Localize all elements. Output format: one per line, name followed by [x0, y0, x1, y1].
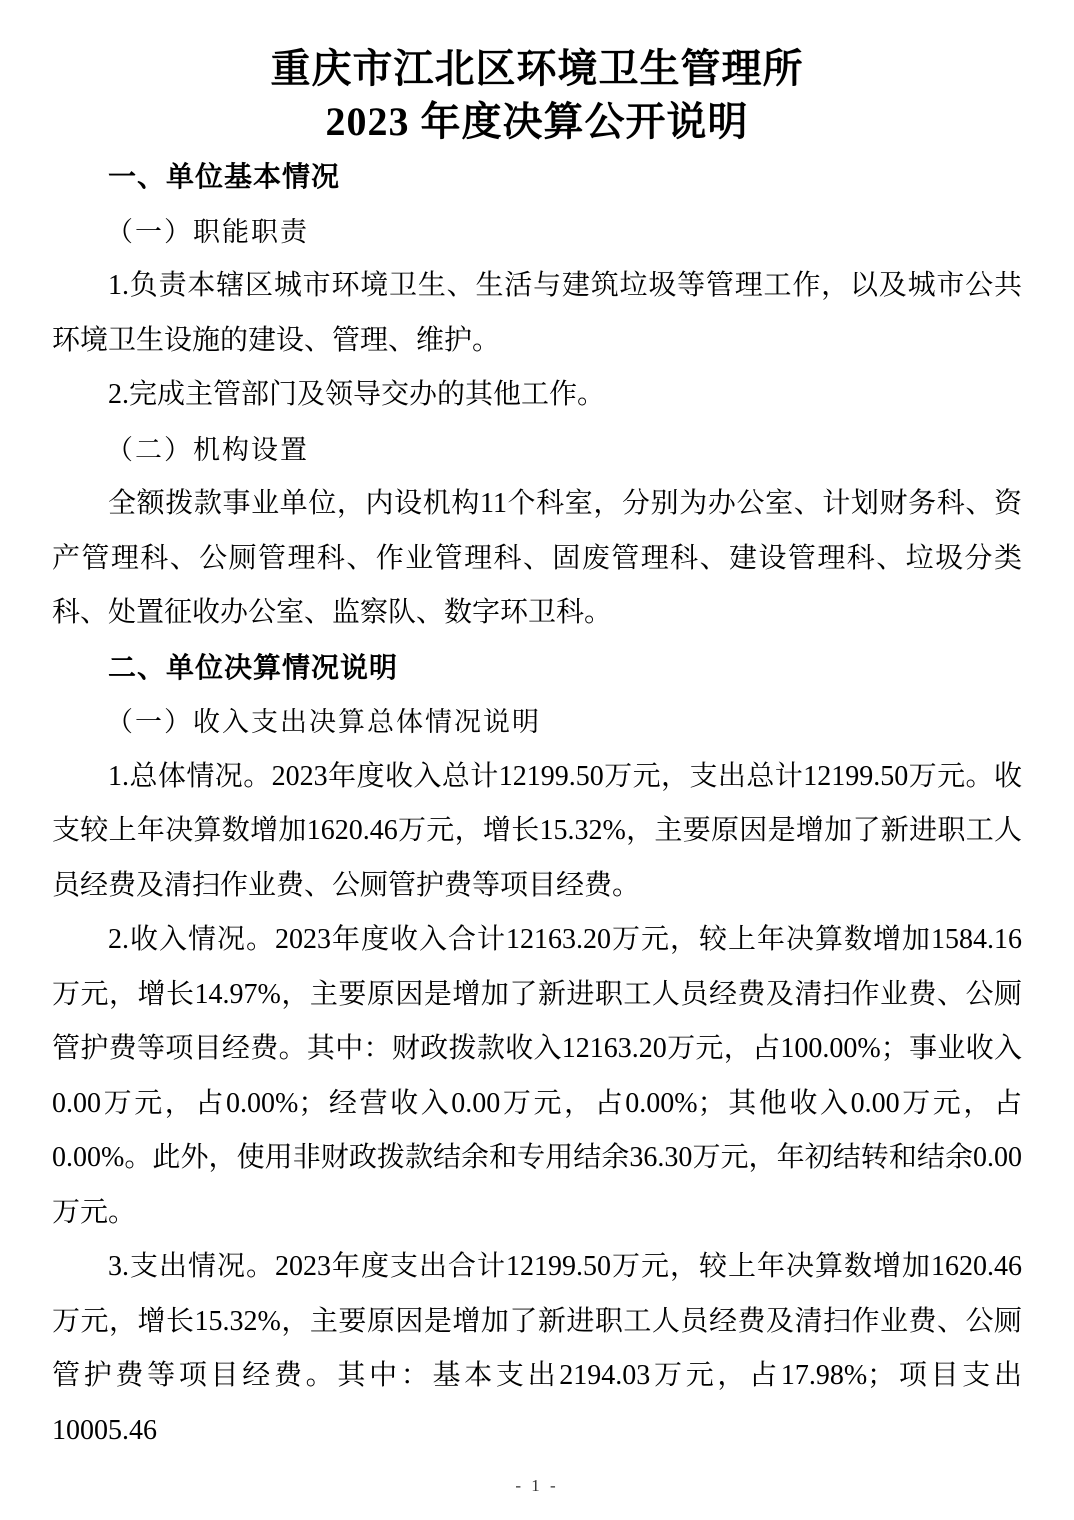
paragraph-overall-situation: 1.总体情况。2023年度收入总计12199.50万元，支出总计12199.50… [52, 750, 1022, 914]
subsection-heading-overall-revenue-expenditure: （一）收入支出决算总体情况说明 [52, 695, 1022, 750]
document-body: 一、单位基本情况 （一）职能职责 1.负责本辖区城市环境卫生、生活与建筑垃圾等管… [52, 150, 1022, 1458]
document-title-line2: 2023 年度决算公开说明 [52, 95, 1022, 148]
section-heading-final-accounts: 二、单位决算情况说明 [52, 641, 1022, 696]
paragraph-duty-2: 2.完成主管部门及领导交办的其他工作。 [52, 368, 1022, 423]
paragraph-duty-1: 1.负责本辖区城市环境卫生、生活与建筑垃圾等管理工作，以及城市公共环境卫生设施的… [52, 259, 1022, 368]
subsection-heading-duties: （一）职能职责 [52, 205, 1022, 260]
document-title-line1: 重庆市江北区环境卫生管理所 [52, 42, 1022, 95]
subsection-heading-organization: （二）机构设置 [52, 423, 1022, 478]
paragraph-revenue-situation: 2.收入情况。2023年度收入合计12163.20万元，较上年决算数增加1584… [52, 913, 1022, 1240]
page-number: - 1 - [0, 1476, 1074, 1496]
document-title: 重庆市江北区环境卫生管理所 2023 年度决算公开说明 [52, 42, 1022, 148]
document-page: 重庆市江北区环境卫生管理所 2023 年度决算公开说明 一、单位基本情况 （一）… [0, 0, 1074, 1520]
paragraph-expenditure-situation: 3.支出情况。2023年度支出合计12199.50万元，较上年决算数增加1620… [52, 1240, 1022, 1458]
section-heading-unit-basic-info: 一、单位基本情况 [52, 150, 1022, 205]
paragraph-organization: 全额拨款事业单位，内设机构11个科室，分别为办公室、计划财务科、资产管理科、公厕… [52, 477, 1022, 641]
